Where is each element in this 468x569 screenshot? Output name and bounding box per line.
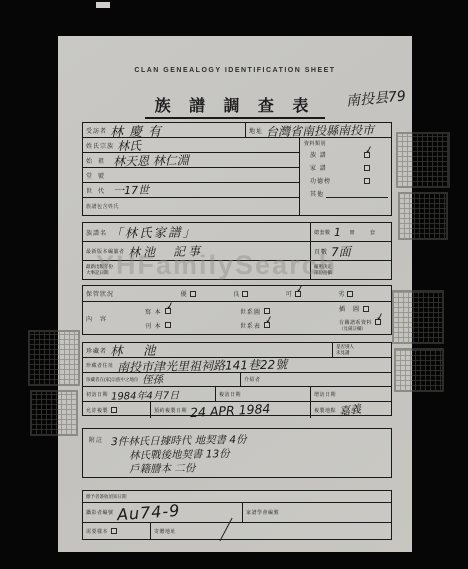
sets-unit-set: 套 bbox=[370, 229, 376, 236]
film-speck bbox=[96, 2, 110, 8]
related-materials-row: 有關譜系資料 ✓ bbox=[339, 318, 383, 326]
row-visit-dates: 初訪日期 1984年4月7日 複訪日期 增訪日期 bbox=[83, 387, 391, 402]
related-materials-label: 有關譜系資料 bbox=[339, 319, 372, 326]
row-holder-position: 珍藏者在(家)宗族中之地位 侄孫 介紹者 bbox=[83, 373, 391, 387]
lineage-table-checkbox: ✓ bbox=[264, 321, 272, 329]
other-blank-line bbox=[326, 190, 388, 198]
contents-col3: 插 圖 有關譜系資料 ✓ （見備註欄） bbox=[339, 304, 383, 332]
checkmark: ✓ bbox=[295, 283, 305, 296]
archive-seal-left-1 bbox=[28, 330, 80, 386]
notes-box: 附註 3件林氏日據時代 地契書 4份 林氏戰後地契書 13份 戶籍謄本 二份 bbox=[82, 428, 392, 478]
contents-col1: 寫 本 ✓ 刊 本 bbox=[145, 304, 173, 332]
generations-value: 一17世 bbox=[113, 182, 149, 199]
checkbox-square bbox=[364, 165, 370, 171]
holder-position-value: 侄孫 bbox=[141, 372, 162, 387]
cell-permit: 允許複製 bbox=[83, 402, 151, 418]
row-photographer: 攝影者編號 Au74-9 家譜學會編號 bbox=[83, 503, 391, 523]
cell-copy-place: 複製地點 嘉義 bbox=[311, 402, 391, 418]
permit-checkbox bbox=[111, 406, 119, 414]
row-condition: 保管狀況 優 良 可 ✓ 劣 bbox=[83, 286, 391, 302]
option-excellent: 優 bbox=[181, 289, 198, 298]
copy-date-label: 預約複製日期 bbox=[154, 407, 187, 414]
cell-receipt: 贈予者簽收須知日期 bbox=[83, 491, 391, 502]
cell-holder-address: 珍藏者住址 南投市津光里祖祠路141巷22號 bbox=[83, 358, 391, 372]
checkmark: ✓ bbox=[375, 311, 385, 324]
third-visit-label: 增訪日期 bbox=[314, 391, 336, 398]
holder-position-label: 珍藏者在(家)宗族中之地位 bbox=[86, 377, 139, 383]
cell-address: 地址 台灣省南投縣南投市 bbox=[246, 123, 391, 137]
notes-line-3: 戶籍謄本 二份 bbox=[129, 460, 196, 476]
row-contents: 內容 寫 本 ✓ 刊 本 世系圖 bbox=[83, 302, 391, 334]
surname-label: 姓氏宗族 bbox=[86, 141, 114, 150]
cell-included: 族譜包含姓氏 bbox=[83, 198, 299, 215]
mail-address-label: 寄贈地址 bbox=[154, 528, 176, 535]
option-good: 良 bbox=[233, 289, 250, 298]
holder-table: 珍藏者 林 池 是否別人 未見譜 珍藏者住址 南投市津光里祖祠路141巷22號 … bbox=[82, 342, 392, 416]
permit-label: 允許複製 bbox=[86, 407, 108, 414]
checkmark: ✓ bbox=[264, 314, 274, 327]
form-eyebrow-title: CLAN GENEALOGY IDENTIFICATION SHEET bbox=[58, 67, 412, 74]
contents-col2: 世系圖 世系表 ✓ bbox=[240, 304, 272, 332]
row-sample: 需要樣本 寄贈地址 bbox=[83, 523, 391, 539]
row-surname: 姓氏宗族 林氏 bbox=[83, 138, 299, 153]
cell-interviewee: 受訪者 林慶有 bbox=[83, 123, 246, 137]
category-item-merit-board: 功德榜 bbox=[310, 174, 372, 187]
cell-holder-note: 是否別人 未見譜 bbox=[333, 343, 391, 357]
referrer-label: 介紹者 bbox=[244, 376, 261, 383]
archive-seal-left-2 bbox=[30, 390, 78, 436]
checkbox-square bbox=[111, 407, 117, 413]
watermark-text: YHFamilySearch bbox=[96, 250, 337, 281]
data-category-box: 資料類別 族 譜 ✓ 家 譜 功德榜 其他 bbox=[300, 138, 391, 215]
checkbox-square bbox=[364, 178, 370, 184]
book-title-value: 「林氏家譜」 bbox=[110, 222, 197, 242]
category-item-family-record: 家 譜 bbox=[310, 161, 372, 174]
checkbox-square bbox=[264, 308, 270, 314]
cell-generations: 世代 一17世 bbox=[83, 183, 299, 197]
option-poor-label: 劣 bbox=[338, 289, 345, 298]
photographer-value: Au74-9 bbox=[116, 501, 181, 524]
checkbox-square bbox=[165, 322, 171, 328]
cell-second-visit: 複訪日期 bbox=[216, 387, 311, 401]
microfilm-frame: { "header": { "eyebrow": "CLAN GENEALOGY… bbox=[0, 0, 468, 569]
lineage-chart-label: 世系圖 bbox=[240, 307, 261, 316]
hall-label: 堂號 bbox=[86, 171, 110, 180]
copy-place-label: 複製地點 bbox=[314, 407, 336, 414]
option-poor: 劣 bbox=[338, 289, 355, 298]
checkbox-square bbox=[111, 528, 117, 534]
option-fair-checkbox: ✓ bbox=[295, 290, 303, 298]
merit-board-checkbox bbox=[364, 177, 372, 185]
content-related-materials: 有關譜系資料 ✓ （見備註欄） bbox=[339, 318, 383, 332]
condition-table: 保管狀況 優 良 可 ✓ 劣 bbox=[82, 285, 392, 335]
merit-board-label: 功德榜 bbox=[310, 176, 331, 185]
row-generations: 世代 一17世 bbox=[83, 183, 299, 198]
sets-value: 1 bbox=[333, 225, 340, 238]
receipt-label: 贈予者簽收須知日期 bbox=[86, 494, 127, 500]
cell-contents-label: 內容 bbox=[83, 302, 145, 334]
scanned-form-page: CLAN GENEALOGY IDENTIFICATION SHEET 族 譜 … bbox=[58, 36, 412, 552]
archive-seal-top-right-1 bbox=[396, 132, 450, 188]
holder-note: 是否別人 未見譜 bbox=[336, 344, 354, 356]
cell-society: 家譜學會編號 bbox=[243, 503, 391, 522]
row-copy-permission: 允許複製 預約複製日期 24 APR 1984 複製地點 嘉義 bbox=[83, 402, 391, 418]
checkbox-square bbox=[347, 291, 353, 297]
illustrations-label: 插 圖 bbox=[339, 304, 360, 313]
archive-seal-mid-right-1 bbox=[392, 290, 444, 344]
other-label: 其他 bbox=[310, 189, 324, 198]
option-fair-label: 可 bbox=[286, 289, 293, 298]
cell-book-title: 族譜名 「林氏家譜」 bbox=[83, 223, 311, 241]
row-receipt: 贈予者簽收須知日期 bbox=[83, 491, 391, 503]
category-item-other: 其他 bbox=[310, 187, 388, 200]
form-title: 族 譜 調 查 表 bbox=[145, 98, 326, 119]
content-lineage-table: 世系表 ✓ bbox=[240, 321, 272, 330]
table1-left-rows: 姓氏宗族 林氏 始祖 林天恩 林仁淵 堂號 bbox=[83, 138, 300, 215]
book-title-label: 族譜名 bbox=[86, 228, 107, 237]
first-visit-value: 1984年4月7日 bbox=[111, 386, 179, 402]
cell-holder-position: 珍藏者在(家)宗族中之地位 侄孫 bbox=[83, 373, 241, 386]
category-item-genealogy: 族 譜 ✓ bbox=[310, 148, 372, 161]
admin-table: 贈予者簽收須知日期 攝影者編號 Au74-9 家譜學會編號 需要樣本 寄贈地址 bbox=[82, 490, 392, 540]
checkmark: ✓ bbox=[165, 300, 175, 313]
sets-unit-volume: 冊 bbox=[350, 229, 356, 236]
option-excellent-checkbox bbox=[190, 290, 198, 298]
holder-name-value: 林 池 bbox=[110, 341, 160, 360]
cell-surname: 姓氏宗族 林氏 bbox=[83, 138, 299, 152]
printed-checkbox bbox=[165, 321, 173, 329]
option-good-label: 良 bbox=[233, 289, 240, 298]
checkbox-square bbox=[242, 291, 248, 297]
condition-label: 保管狀況 bbox=[86, 289, 114, 298]
row-included-surnames: 族譜包含姓氏 bbox=[83, 198, 299, 215]
founder-value: 林天恩 林仁淵 bbox=[113, 151, 189, 169]
society-label: 家譜學會編號 bbox=[246, 509, 279, 516]
cell-referrer: 介紹者 bbox=[241, 373, 391, 386]
first-visit-label: 初訪日期 bbox=[86, 391, 108, 398]
holder-note-line2: 未見譜 bbox=[336, 350, 354, 356]
checkbox-square bbox=[363, 306, 369, 312]
surname-value: 林氏 bbox=[117, 136, 141, 153]
checkbox-square bbox=[190, 291, 196, 297]
sample-checkbox bbox=[111, 527, 119, 535]
content-manuscript: 寫 本 ✓ bbox=[145, 307, 173, 316]
archive-seal-mid-right-2 bbox=[394, 348, 444, 392]
option-fair: 可 ✓ bbox=[286, 289, 303, 298]
table1-body: 姓氏宗族 林氏 始祖 林天恩 林仁淵 堂號 bbox=[83, 138, 391, 215]
copy-date-value: 24 APR 1984 bbox=[190, 400, 271, 419]
cell-condition-label: 保管狀況 bbox=[83, 286, 145, 301]
archive-seal-top-right-2 bbox=[398, 192, 448, 240]
related-materials-note: （見備註欄） bbox=[339, 326, 383, 332]
row-holder-address: 珍藏者住址 南投市津光里祖祠路141巷22號 bbox=[83, 358, 391, 373]
condition-options: 優 良 可 ✓ 劣 bbox=[145, 289, 391, 298]
category-title: 資料類別 bbox=[304, 140, 388, 147]
row-book-title: 族譜名 「林氏家譜」 總套數 1 冊 套 bbox=[83, 223, 391, 242]
photographer-label: 攝影者編號 bbox=[86, 509, 114, 516]
holder-name-label: 珍藏者 bbox=[86, 346, 107, 355]
contents-options: 寫 本 ✓ 刊 本 世系圖 世系表 ✓ bbox=[145, 304, 391, 332]
holder-address-label: 珍藏者住址 bbox=[86, 362, 114, 369]
cell-first-visit: 初訪日期 1984年4月7日 bbox=[83, 387, 216, 401]
option-good-checkbox bbox=[242, 290, 250, 298]
cell-mail-address: 寄贈地址 bbox=[151, 523, 391, 539]
related-materials-checkbox: ✓ bbox=[375, 318, 383, 326]
manuscript-label: 寫 本 bbox=[145, 307, 162, 316]
cell-copy-date: 預約複製日期 24 APR 1984 bbox=[151, 402, 311, 418]
generations-label: 世代 bbox=[86, 186, 110, 195]
manuscript-checkbox: ✓ bbox=[165, 307, 173, 315]
contents-label: 內容 bbox=[86, 314, 114, 323]
row-founder: 始祖 林天恩 林仁淵 bbox=[83, 153, 299, 168]
cell-hall: 堂號 bbox=[83, 168, 299, 182]
genealogy-checkbox: ✓ bbox=[364, 151, 372, 159]
illustrations-checkbox bbox=[363, 305, 371, 313]
option-poor-checkbox bbox=[347, 290, 355, 298]
copy-place-value: 嘉義 bbox=[338, 401, 362, 420]
family-record-checkbox bbox=[364, 164, 372, 172]
address-value: 台灣省南投縣南投市 bbox=[266, 121, 374, 140]
interviewee-label: 受訪者 bbox=[86, 126, 107, 135]
content-printed: 刊 本 bbox=[145, 321, 173, 330]
family-record-label: 家 譜 bbox=[310, 163, 327, 172]
cell-sets: 總套數 1 冊 套 bbox=[311, 223, 391, 241]
founder-label: 始祖 bbox=[86, 156, 110, 165]
row-hall: 堂號 bbox=[83, 168, 299, 183]
cell-sample: 需要樣本 bbox=[83, 523, 151, 539]
interviewee-table: 受訪者 林慶有 地址 台灣省南投縣南投市 姓氏宗族 林氏 始祖 bbox=[82, 122, 392, 216]
second-visit-label: 複訪日期 bbox=[219, 391, 241, 398]
printed-label: 刊 本 bbox=[145, 321, 162, 330]
category-genealogy-label: 族 譜 bbox=[310, 150, 327, 159]
lineage-table-label: 世系表 bbox=[240, 321, 261, 330]
cell-photographer: 攝影者編號 Au74-9 bbox=[83, 503, 243, 522]
row-interviewee: 受訪者 林慶有 地址 台灣省南投縣南投市 bbox=[83, 123, 391, 138]
address-label: 地址 bbox=[249, 126, 263, 135]
cell-holder-name: 珍藏者 林 池 bbox=[83, 343, 333, 357]
included-label: 族譜包含姓氏 bbox=[86, 203, 119, 210]
notes-label: 附註 bbox=[89, 435, 103, 444]
cell-third-visit: 增訪日期 bbox=[311, 387, 391, 401]
sample-label: 需要樣本 bbox=[86, 528, 108, 535]
option-excellent-label: 優 bbox=[181, 289, 188, 298]
sets-label: 總套數 bbox=[314, 229, 331, 236]
cell-founder: 始祖 林天恩 林仁淵 bbox=[83, 153, 299, 167]
